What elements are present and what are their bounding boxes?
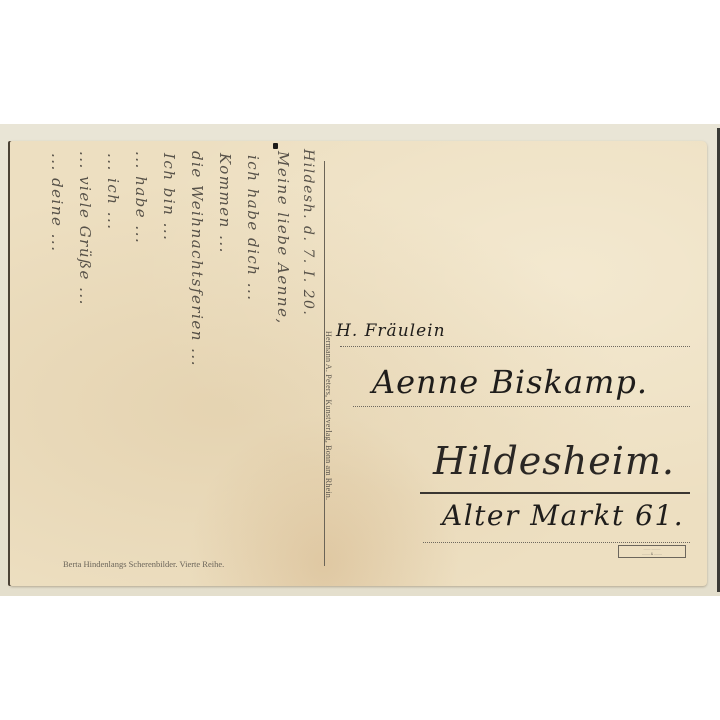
address-street: Alter Markt 61. — [442, 499, 684, 532]
ink-cross-mark — [273, 143, 278, 149]
address-dotted-line-2 — [353, 406, 690, 407]
message-line: die Weihnachtsferien ... — [188, 151, 206, 367]
address-city: Hildesheim. — [433, 439, 675, 483]
message-line: Kommen ... — [216, 153, 234, 254]
address-dotted-line-4 — [423, 542, 690, 543]
address-recipient-name: Aenne Biskamp. — [372, 363, 648, 401]
series-caption: Berta Hindenlangs Scherenbilder. Vierte … — [63, 559, 224, 569]
message-line: Hildesh. d. 7. I. 20. — [300, 149, 316, 316]
handwritten-message: Hildesh. d. 7. I. 20. Meine liebe Aenne,… — [10, 141, 324, 586]
message-line: ... habe ... — [132, 151, 150, 244]
message-line: ich habe dich ... — [244, 155, 262, 302]
message-line: ... deine ... — [48, 153, 66, 252]
message-line: ... ich ... — [104, 153, 122, 231]
address-city-underline — [420, 492, 690, 494]
printer-mark-box: ....... ......... ........ & ........ — [618, 545, 686, 558]
postcard: Hildesh. d. 7. I. 20. Meine liebe Aenne,… — [10, 141, 707, 586]
message-line: Meine liebe Aenne, — [274, 151, 292, 325]
printer-mark-line: ........ & ........ — [619, 552, 685, 557]
message-line: ... viele Grüße ... — [76, 151, 94, 306]
address-dotted-line-1 — [340, 346, 690, 347]
publisher-imprint: Hermann A. Peters, Kunstverlag, Bonn am … — [324, 331, 333, 500]
address-salutation: H. Fräulein — [336, 321, 446, 341]
message-line: Ich bin ... — [160, 153, 178, 241]
